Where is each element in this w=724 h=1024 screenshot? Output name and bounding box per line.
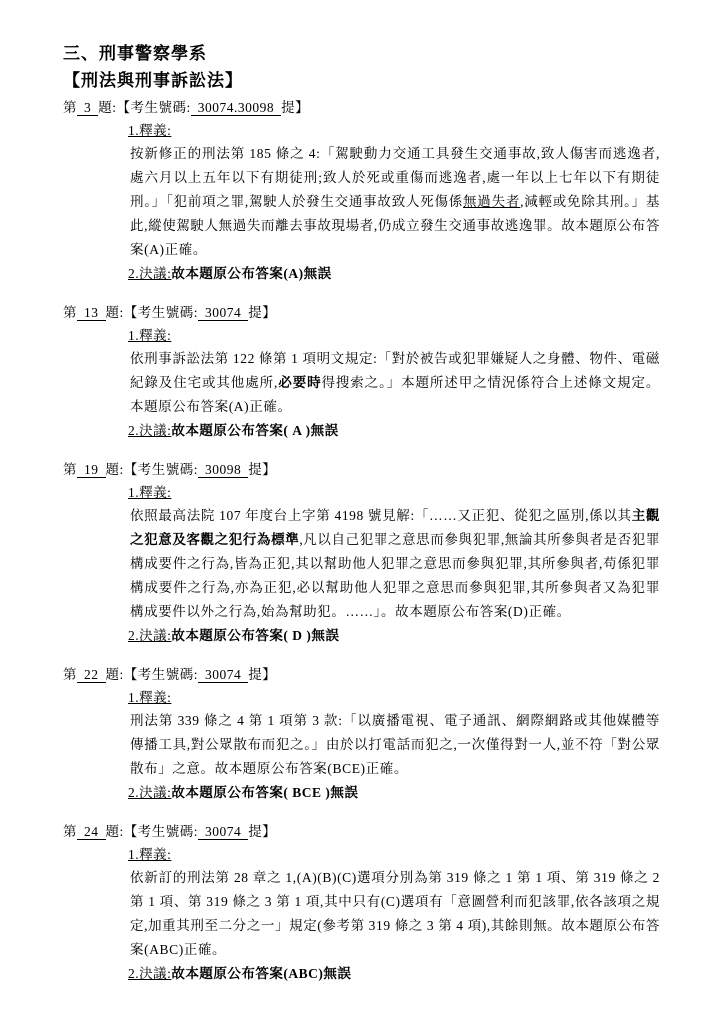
decision-text: 故本題原公布答案(A)無誤 [171,266,331,281]
decision-text: 故本題原公布答案(ABC)無誤 [171,966,351,981]
q-end-label: 提】 [281,100,309,115]
decision-line: 2.決議:故本題原公布答案(ABC)無誤 [128,962,662,985]
question-block-3: 第3題:【考生號碼:30074.30098提】 1.釋義: 按新修正的刑法第 1… [63,96,662,285]
question-header: 第13題:【考生號碼:30074提】 [63,301,662,324]
question-block-19: 第19題:【考生號碼:30098提】 1.釋義: 依照最高法院 107 年度台上… [63,458,662,647]
candidate-numbers: 30074.30098 [191,100,281,116]
q-prefix-label: 第 [63,462,77,477]
q-prefix-label: 第 [63,667,77,682]
q-mid-label: 題:【考生號碼: [106,462,199,477]
question-header: 第19題:【考生號碼:30098提】 [63,458,662,481]
q-mid-label: 題:【考生號碼: [106,667,199,682]
decision-text: 故本題原公布答案( A )無誤 [171,423,338,438]
q-end-label: 提】 [248,462,276,477]
q-mid-label: 題:【考生號碼: [98,100,191,115]
question-header: 第24題:【考生號碼:30074提】 [63,820,662,843]
decision-label: 2.決議: [128,966,171,981]
definition-label: 1.釋義: [128,686,171,709]
decision-label: 2.決議: [128,628,171,643]
question-block-22: 第22題:【考生號碼:30074提】 1.釋義: 刑法第 339 條之 4 第 … [63,663,662,804]
definition-paragraph: 依刑事訴訟法第 122 條第 1 項明文規定:「對於被告或犯罪嫌疑人之身體、物件… [130,347,660,419]
definition-label: 1.釋義: [128,481,171,504]
q-end-label: 提】 [248,824,276,839]
decision-label: 2.決議: [128,423,171,438]
definition-paragraph: 刑法第 339 條之 4 第 1 項第 3 款:「以廣播電視、電子通訊、網際網路… [130,709,660,781]
question-block-13: 第13題:【考生號碼:30074提】 1.釋義: 依刑事訴訟法第 122 條第 … [63,301,662,442]
section-title: 【刑法與刑事訴訟法】 [63,67,662,94]
q-prefix-label: 第 [63,824,77,839]
decision-text: 故本題原公布答案( D )無誤 [171,628,339,643]
candidate-numbers: 30074 [198,305,248,321]
definition-paragraph: 按新修正的刑法第 185 條之 4:「駕駛動力交通工具發生交通事故,致人傷害而逃… [130,142,660,262]
question-number: 13 [77,305,106,321]
question-header: 第3題:【考生號碼:30074.30098提】 [63,96,662,119]
question-number: 24 [77,824,106,840]
decision-text: 故本題原公布答案( BCE )無誤 [171,785,358,800]
definition-label: 1.釋義: [128,324,171,347]
decision-label: 2.決議: [128,785,171,800]
candidate-numbers: 30098 [198,462,248,478]
question-number: 22 [77,667,106,683]
decision-label: 2.決議: [128,266,171,281]
question-block-24: 第24題:【考生號碼:30074提】 1.釋義: 依新訂的刑法第 28 章之 1… [63,820,662,985]
q-mid-label: 題:【考生號碼: [106,824,199,839]
definition-label: 1.釋義: [128,843,171,866]
decision-line: 2.決議:故本題原公布答案( D )無誤 [128,624,662,647]
q-prefix-label: 第 [63,305,77,320]
definition-paragraph: 依新訂的刑法第 28 章之 1,(A)(B)(C)選項分別為第 319 條之 1… [130,866,660,962]
candidate-numbers: 30074 [198,824,248,840]
question-number: 3 [77,100,98,116]
q-mid-label: 題:【考生號碼: [106,305,199,320]
decision-line: 2.決議:故本題原公布答案( BCE )無誤 [128,781,662,804]
q-prefix-label: 第 [63,100,77,115]
question-header: 第22題:【考生號碼:30074提】 [63,663,662,686]
page-title: 三、刑事警察學系 [63,40,662,67]
decision-line: 2.決議:故本題原公布答案( A )無誤 [128,419,662,442]
q-end-label: 提】 [248,305,276,320]
definition-label: 1.釋義: [128,119,171,142]
question-number: 19 [77,462,106,478]
definition-paragraph: 依照最高法院 107 年度台上字第 4198 號見解:「……又正犯、從犯之區別,… [130,504,660,624]
q-end-label: 提】 [248,667,276,682]
candidate-numbers: 30074 [198,667,248,683]
document-page: 三、刑事警察學系 【刑法與刑事訴訟法】 第3題:【考生號碼:30074.3009… [0,0,724,1024]
decision-line: 2.決議:故本題原公布答案(A)無誤 [128,262,662,285]
